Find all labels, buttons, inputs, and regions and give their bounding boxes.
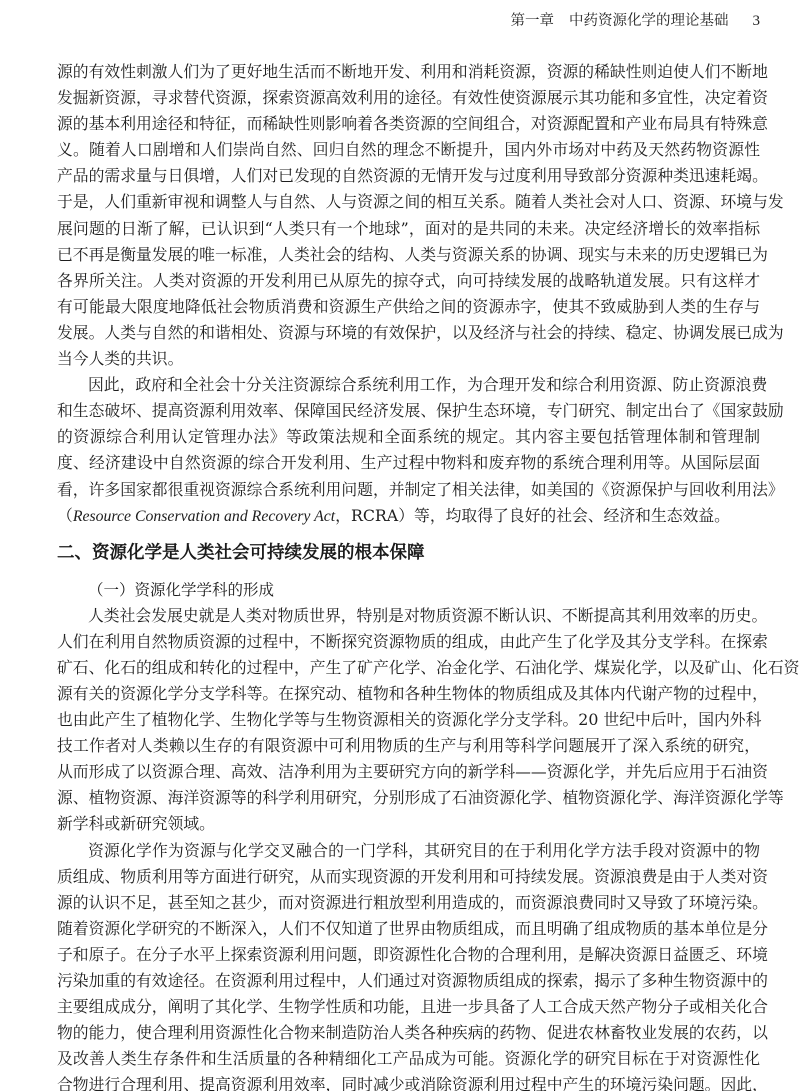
text-line: 物的能力，使合理利用资源性化合物来制造防治人类各种疾病的药物、促进农林畜牧业发展… bbox=[57, 1020, 760, 1046]
paragraph-resource-effectiveness: 源的有效性刺激人们为了更好地生活而不断地开发、利用和消耗资源，资源的稀缺性则迫使… bbox=[57, 59, 760, 372]
text-line: 资源化学作为资源与化学交叉融合的一门学科，其研究目的在于利用化学方法手段对资源中… bbox=[57, 838, 760, 864]
text-line: 源的基本利用途径和特征，而稀缺性则影响着各类资源的空间组合，对资源配置和产业布局… bbox=[57, 111, 760, 137]
subsection-heading: （一）资源化学学科的形成 bbox=[57, 577, 760, 603]
text-line: 源的有效性刺激人们为了更好地生活而不断地开发、利用和消耗资源，资源的稀缺性则迫使… bbox=[57, 59, 760, 85]
text-line: 子和原子。在分子水平上探索资源利用问题，即资源性化合物的合理利用，是解决资源日益… bbox=[57, 942, 760, 968]
text-line: 污染加重的有效途径。在资源利用过程中，人们通过对资源物质组成的探索，揭示了多种生… bbox=[57, 968, 760, 994]
text-fragment: ，RCRA）等，均取得了良好的社会、经济和生态效益。 bbox=[335, 506, 730, 525]
text-line: 有可能最大限度地降低社会物质消费和资源生产供给之间的资源赤字，使其不致威胁到人类… bbox=[57, 294, 760, 320]
text-line: 合物进行合理利用、提高资源利用效率，同时减少或消除资源利用过程中产生的环境污染问… bbox=[57, 1072, 760, 1091]
text-line: 主要组成成分，阐明了其化学、生物学性质和功能，且进一步具备了人工合成天然产物分子… bbox=[57, 994, 760, 1020]
text-line: 随着资源化学研究的不断深入，人们不仅知道了世界由物质组成，而且明确了组成物质的基… bbox=[57, 916, 760, 942]
chapter-label: 第一章 bbox=[511, 9, 555, 30]
running-header: 第一章 中药资源化学的理论基础 3 bbox=[511, 9, 761, 30]
law-name-english: Resource Conservation and Recovery Act bbox=[73, 508, 335, 525]
paragraph-discipline-history: 人类社会发展史就是人类对物质世界，特别是对物质资源不断认识、不断提高其利用效率的… bbox=[57, 603, 760, 838]
chapter-title: 中药资源化学的理论基础 bbox=[569, 9, 729, 30]
text-line: 因此，政府和全社会十分关注资源综合系统利用工作，为合理开发和综合利用资源、防止资… bbox=[57, 372, 760, 398]
text-line: 展问题的日渐了解，已认识到“人类只有一个地球”，面对的是共同的未来。决定经济增长… bbox=[57, 216, 760, 242]
text-line: 于是，人们重新审视和调整人与自然、人与资源之间的相互关系。随着人类社会对人口、资… bbox=[57, 189, 760, 215]
paragraph-government-policy: 因此，政府和全社会十分关注资源综合系统利用工作，为合理开发和综合利用资源、防止资… bbox=[57, 372, 760, 529]
page-number: 3 bbox=[753, 13, 761, 30]
text-line: 发掘新资源，寻求替代资源，探索资源高效利用的途径。有效性使资源展示其功能和多宜性… bbox=[57, 85, 760, 111]
text-line: 和生态破坏、提高资源利用效率、保障国民经济发展、保护生态环境，专门研究、制定出台… bbox=[57, 398, 760, 424]
text-line: 源的认识不足，甚至知之甚少，而对资源进行粗放型利用造成的，而资源浪费同时又导致了… bbox=[57, 890, 760, 916]
page-body: 源的有效性刺激人们为了更好地生活而不断地开发、利用和消耗资源，资源的稀缺性则迫使… bbox=[57, 59, 760, 1091]
text-line: 矿石、化石的组成和转化的过程中，产生了矿产化学、冶金化学、石油化学、煤炭化学，以… bbox=[57, 655, 760, 681]
text-line: 看，许多国家都很重视资源综合系统利用问题，并制定了相关法律，如美国的《资源保护与… bbox=[57, 477, 760, 503]
text-line: 已不再是衡量发展的唯一标准，人类社会的结构、人类与资源关系的协调、现实与未来的历… bbox=[57, 242, 760, 268]
text-fragment: （ bbox=[57, 506, 73, 525]
text-line: 各界所关注。人类对资源的开发利用已从原先的掠夺式，向可持续发展的战略轨道发展。只… bbox=[57, 268, 760, 294]
text-line: 人们在利用自然物质资源的过程中，不断探究资源物质的组成，由此产生了化学及其分支学… bbox=[57, 629, 760, 655]
text-line: 也由此产生了植物化学、生物化学等与生物资源相关的资源化学分支学科。20 世纪中后… bbox=[57, 707, 760, 733]
text-line: 技工作者对人类赖以生存的有限资源中可利用物质的生产与利用等科学问题展开了深入系统… bbox=[57, 733, 760, 759]
text-line: 从而形成了以资源合理、高效、洁净利用为主要研究方向的新学科——资源化学，并先后应… bbox=[57, 759, 760, 785]
text-line: （Resource Conservation and Recovery Act，… bbox=[57, 503, 760, 529]
text-line: 源、植物资源、海洋资源等的科学利用研究，分别形成了石油资源化学、植物资源化学、海… bbox=[57, 785, 760, 811]
text-line: 人类社会发展史就是人类对物质世界，特别是对物质资源不断认识、不断提高其利用效率的… bbox=[57, 603, 760, 629]
text-line: 的资源综合利用认定管理办法》等政策法规和全面系统的规定。其内容主要包括管理体制和… bbox=[57, 424, 760, 450]
text-line: 及改善人类生存条件和生活质量的各种精细化工产品成为可能。资源化学的研究目标在于对… bbox=[57, 1046, 760, 1072]
text-line: 产品的需求量与日俱增，人们对已发现的自然资源的无情开发与过度利用导致部分资源种类… bbox=[57, 163, 760, 189]
section-heading: 二、资源化学是人类社会可持续发展的根本保障 bbox=[57, 533, 760, 577]
text-line: 新学科或新研究领域。 bbox=[57, 811, 760, 837]
text-line: 当今人类的共识。 bbox=[57, 346, 760, 372]
text-line: 发展。人类与自然的和谐相处、资源与环境的有效保护，以及经济与社会的持续、稳定、协… bbox=[57, 320, 760, 346]
text-line: 义。随着人口剧增和人们崇尚自然、回归自然的理念不断提升，国内外市场对中药及天然药… bbox=[57, 137, 760, 163]
text-line: 度、经济建设中自然资源的综合开发利用、生产过程中物料和废弃物的系统合理利用等。从… bbox=[57, 450, 760, 476]
paragraph-resource-chemistry-purpose: 资源化学作为资源与化学交叉融合的一门学科，其研究目的在于利用化学方法手段对资源中… bbox=[57, 838, 760, 1091]
text-line: 源有关的资源化学分支学科等。在探究动、植物和各种生物体的物质组成及其体内代谢产物… bbox=[57, 681, 760, 707]
text-line: 质组成、物质利用等方面进行研究，从而实现资源的开发利用和可持续发展。资源浪费是由… bbox=[57, 864, 760, 890]
